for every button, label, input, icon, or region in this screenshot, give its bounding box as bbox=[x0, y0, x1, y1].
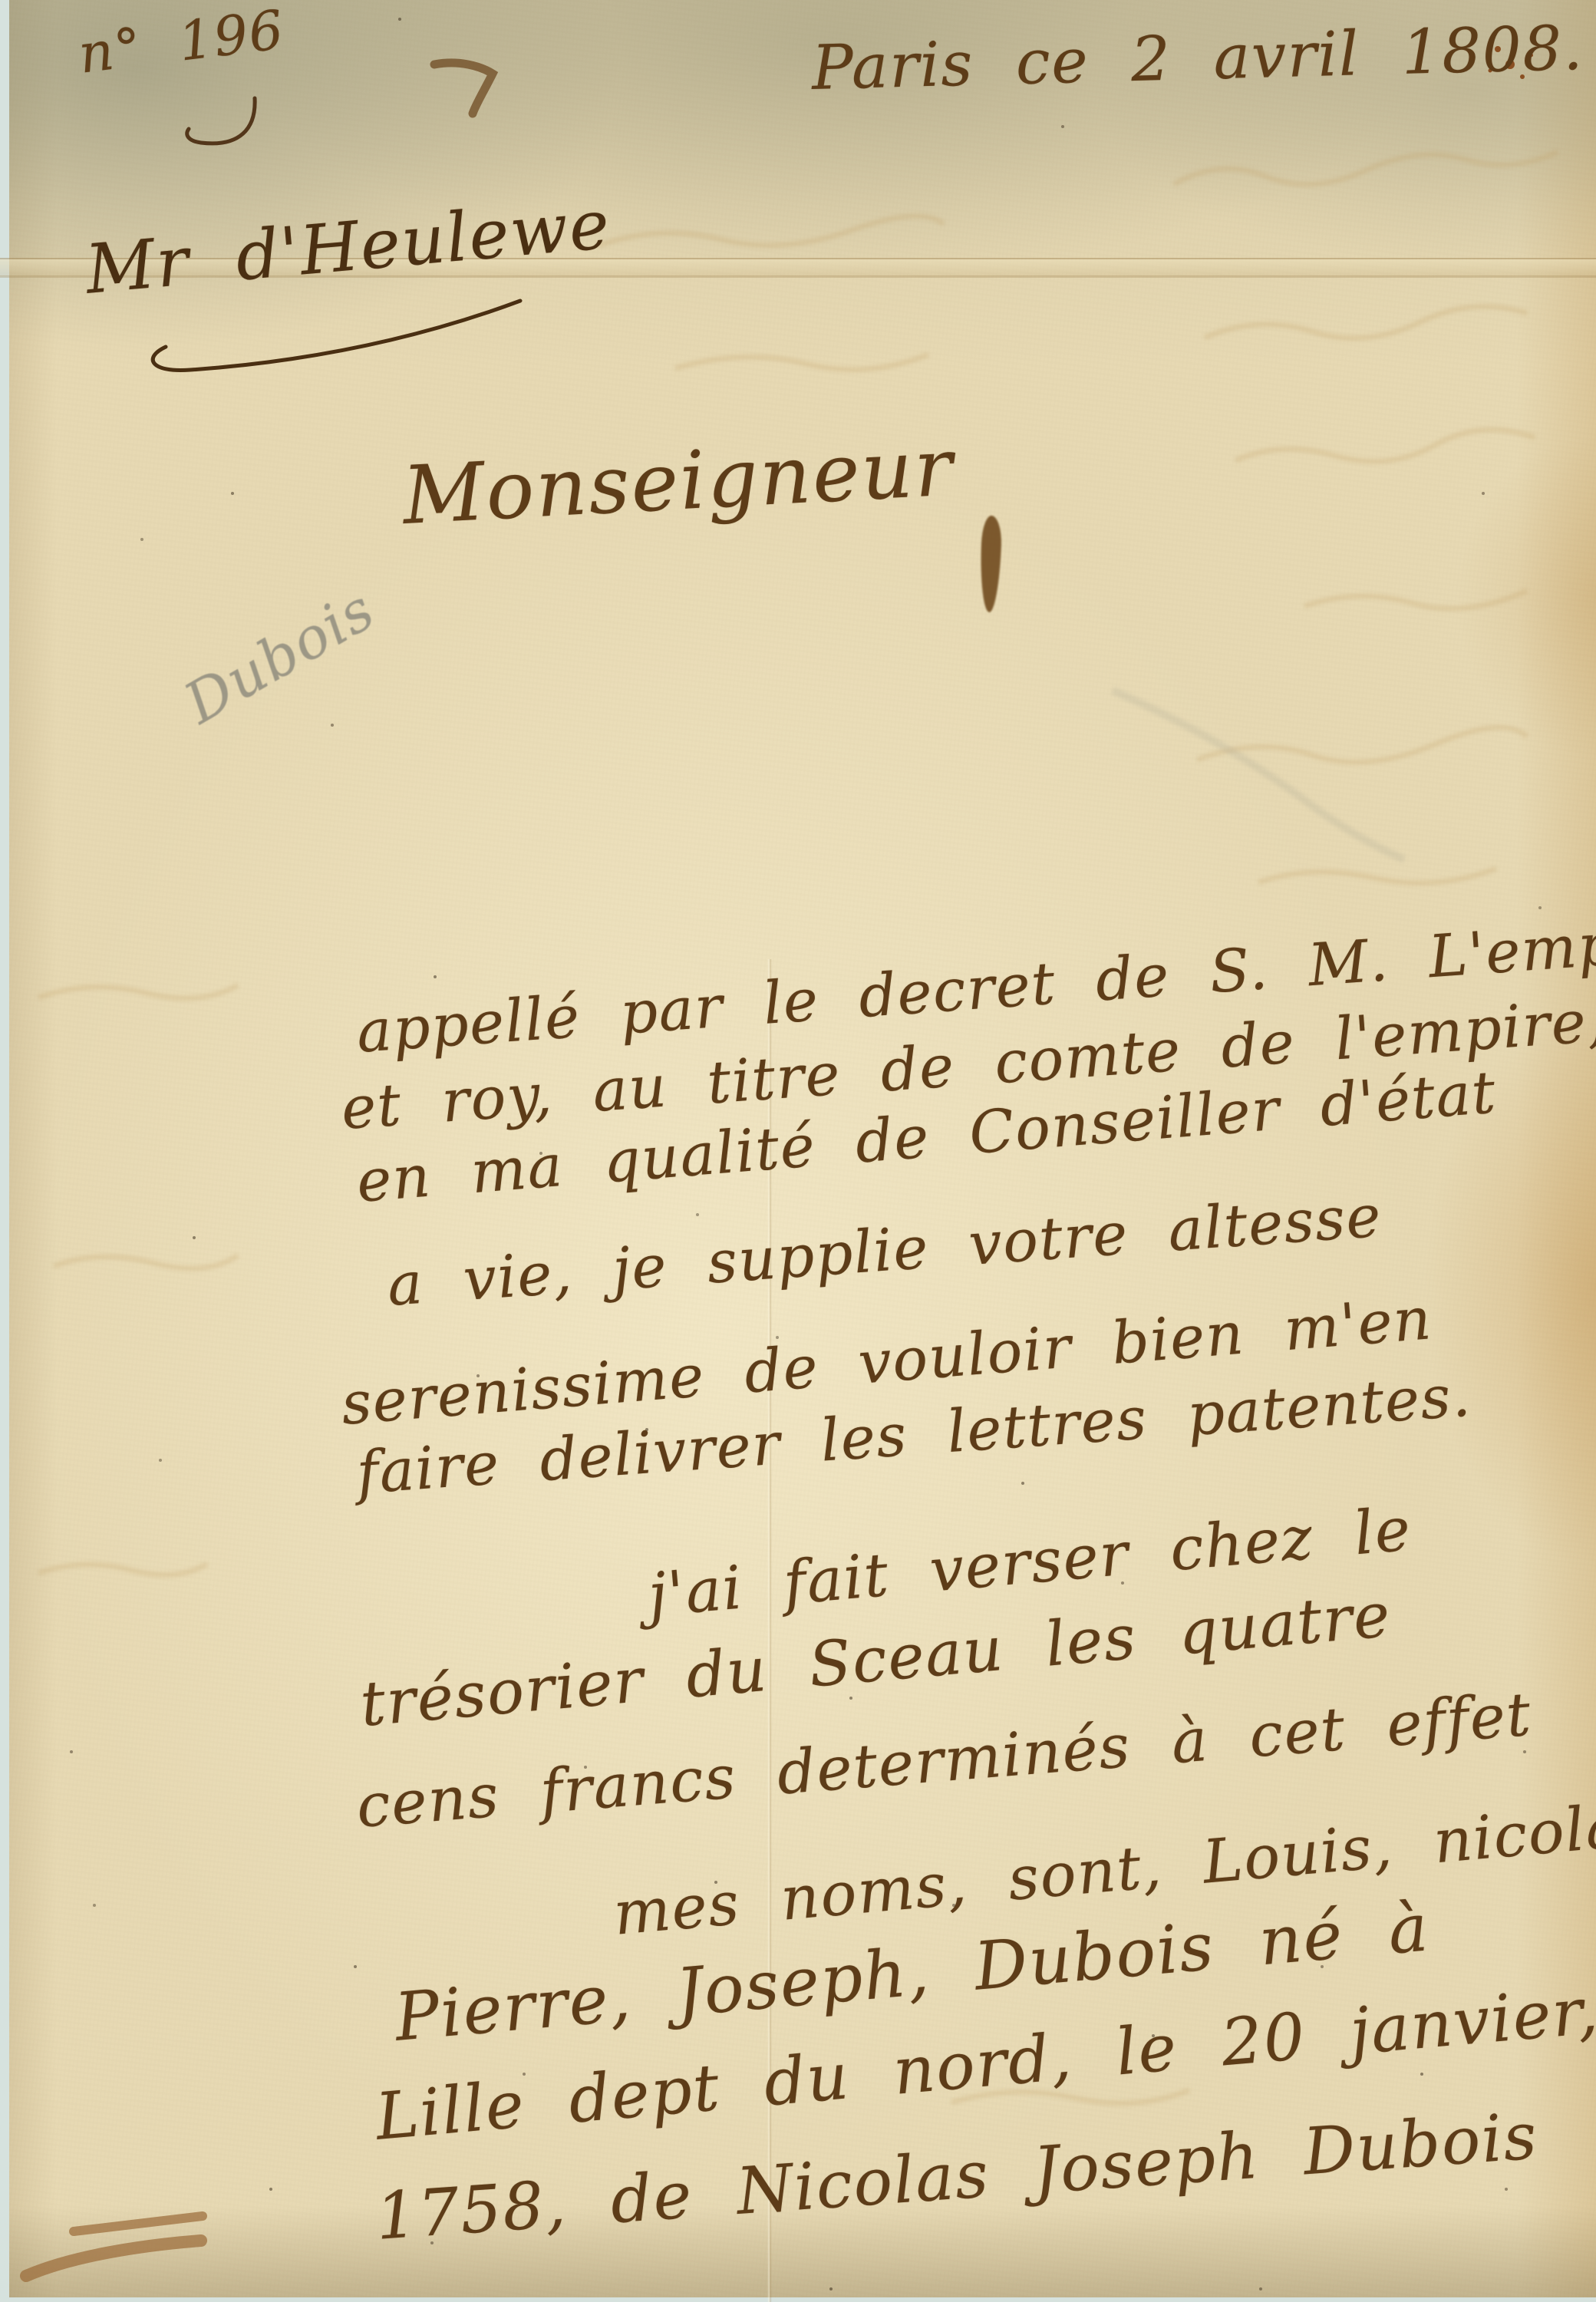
speckles bbox=[0, 0, 2, 2]
docket-flourish bbox=[153, 301, 520, 371]
scanned-letter-page: n° 196 Paris ce 2 avril 1808. Mr d'Heule… bbox=[0, 0, 1596, 2302]
smudge-mark bbox=[26, 2216, 203, 2276]
stain-mark bbox=[434, 63, 493, 114]
pen-hook-stroke bbox=[187, 98, 255, 143]
